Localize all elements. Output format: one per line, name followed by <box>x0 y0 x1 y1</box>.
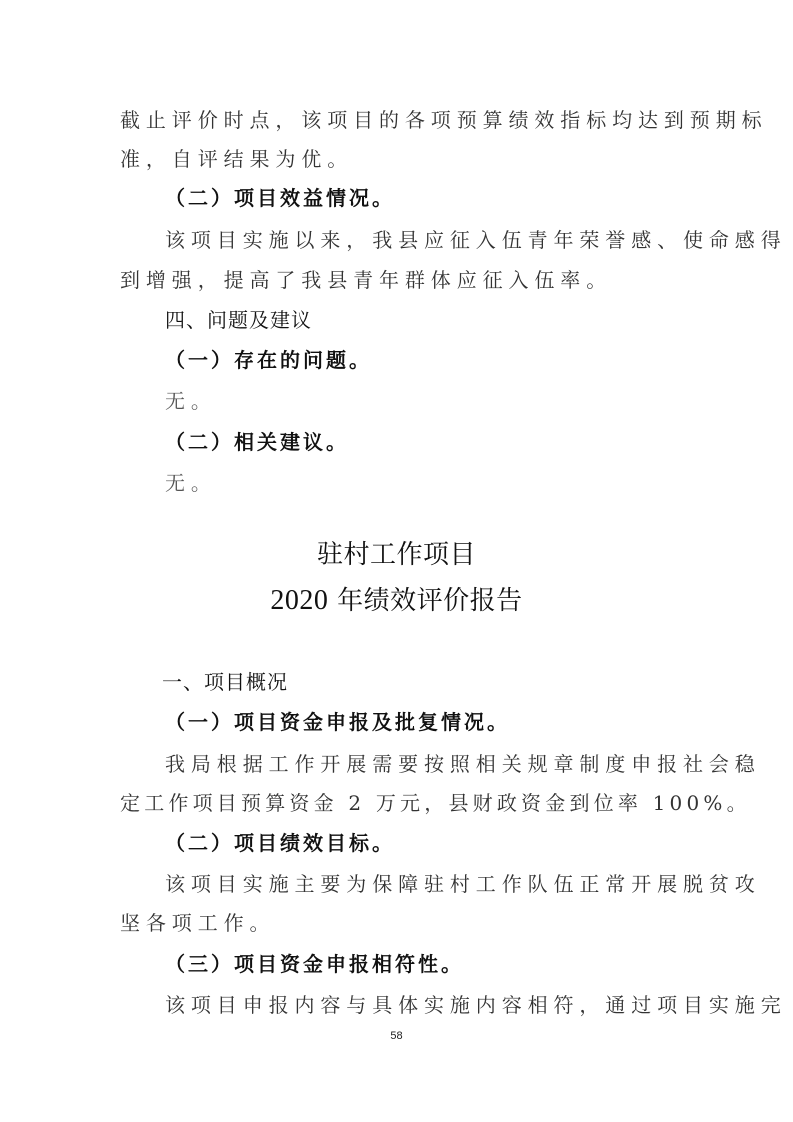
subheading-existing-problems: （一）存在的问题。 <box>165 346 725 374</box>
document-page: 截止评价时点，该项目的各项预算绩效指标均达到预期标 准，自评结果为优。 （二）项… <box>0 0 793 1122</box>
report-title-suffix: 年绩效评价报告 <box>328 586 522 616</box>
subheading-funding-application: （一）项目资金申报及批复情况。 <box>165 708 725 736</box>
report-title-line-1: 驻村工作项目 <box>0 538 793 572</box>
paragraph-goals-line-2: 坚各项工作。 <box>120 909 680 937</box>
subheading-performance-goals: （二）项目绩效目标。 <box>165 829 725 857</box>
paragraph-consistency-line-1: 该项目申报内容与具体实施内容相符，通过项目实施完 <box>165 991 725 1019</box>
paragraph-funding-line-1: 我局根据工作开展需要按照相关规章制度申报社会稳 <box>165 750 725 778</box>
paragraph-funding-line-2: 定工作项目预算资金 2 万元，县财政资金到位率 100%。 <box>120 789 680 817</box>
page-number: 58 <box>0 1030 793 1042</box>
subheading-funding-consistency: （三）项目资金申报相符性。 <box>165 950 725 978</box>
paragraph-goals-line-1: 该项目实施主要为保障驻村工作队伍正常开展脱贫攻 <box>165 870 725 898</box>
report-title-year: 2020 <box>270 585 328 616</box>
report-title-line-2: 2020 年绩效评价报告 <box>0 584 793 618</box>
paragraph-benefits-line-1: 该项目实施以来，我县应征入伍青年荣誉感、使命感得 <box>165 226 725 254</box>
heading-issues-and-suggestions: 四、问题及建议 <box>165 306 725 334</box>
paragraph-evaluation-line-1: 截止评价时点，该项目的各项预算绩效指标均达到预期标 <box>120 106 680 134</box>
paragraph-evaluation-line-2: 准，自评结果为优。 <box>120 145 680 173</box>
problems-text: 无。 <box>165 387 725 415</box>
suggestions-text: 无。 <box>165 469 725 497</box>
heading-project-overview: 一、项目概况 <box>162 668 722 696</box>
subheading-related-suggestions: （二）相关建议。 <box>165 428 725 456</box>
paragraph-benefits-line-2: 到增强，提高了我县青年群体应征入伍率。 <box>120 266 680 294</box>
subheading-project-benefits: （二）项目效益情况。 <box>165 184 725 212</box>
